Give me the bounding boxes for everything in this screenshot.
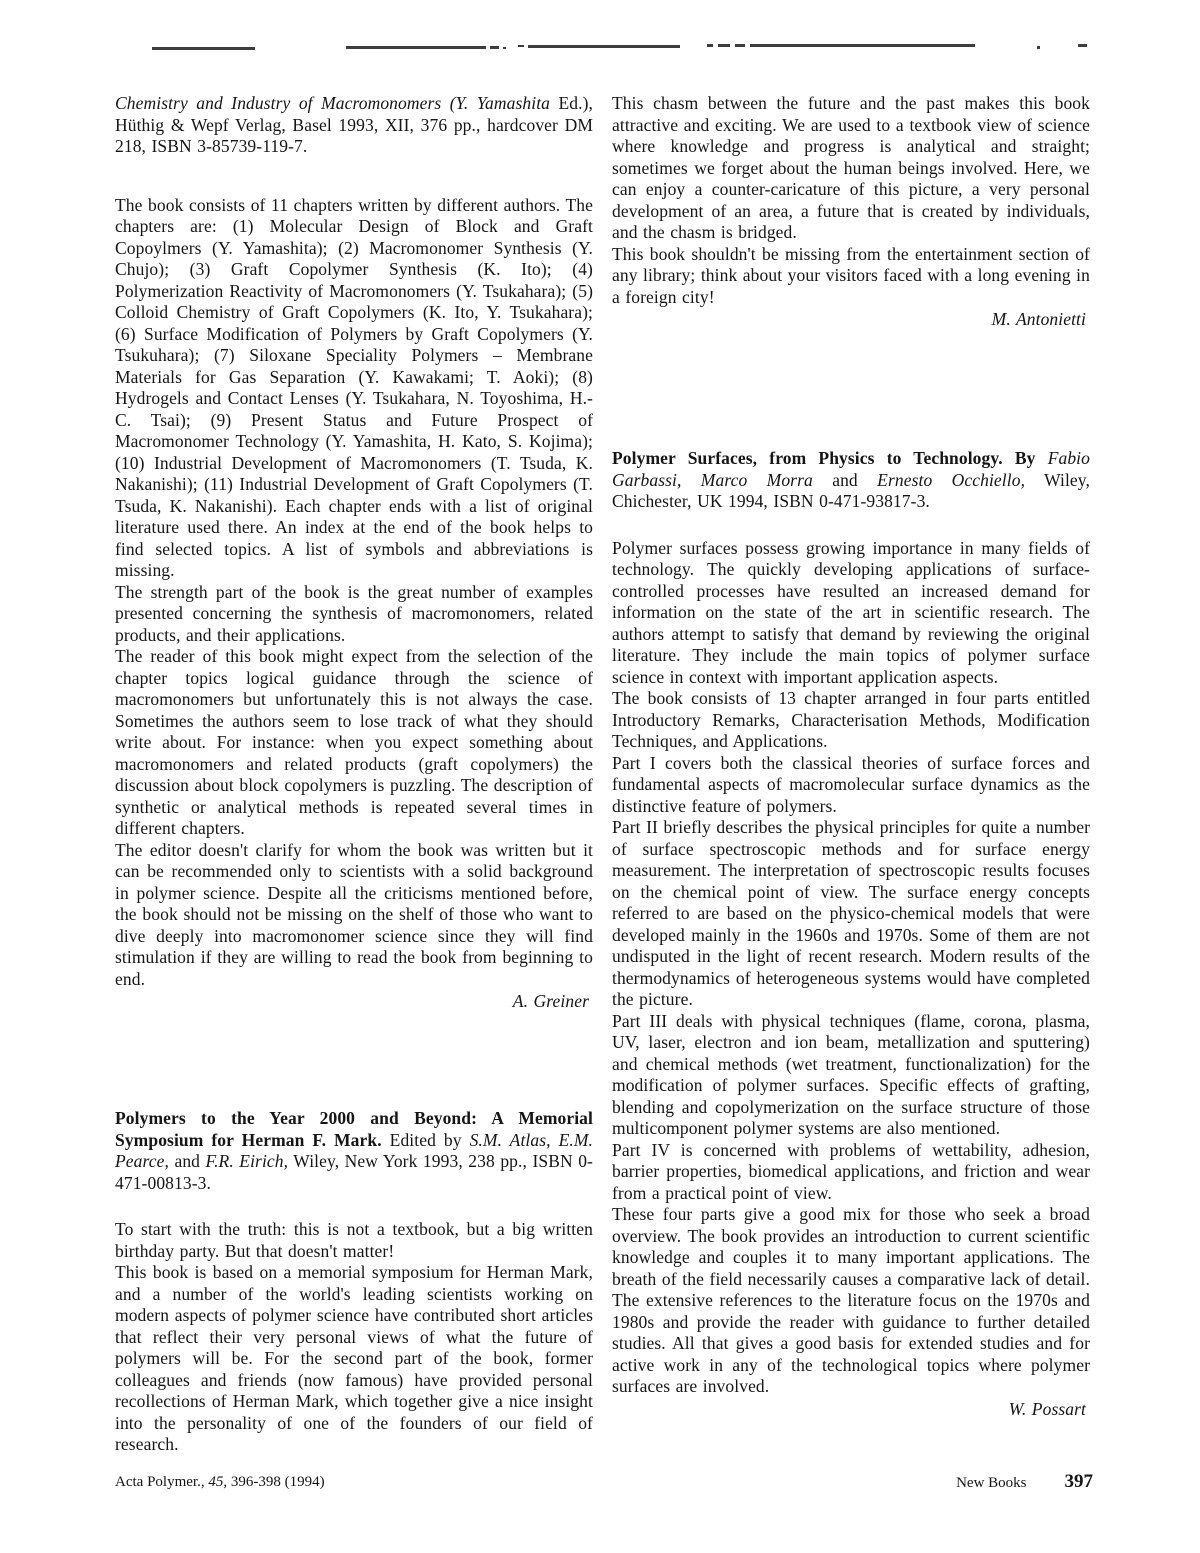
book-authors-2: Ernesto Occhiello, bbox=[877, 470, 1025, 490]
book-reference-3: Polymer Surfaces, from Physics to Techno… bbox=[612, 448, 1090, 513]
scan-artifact-dot bbox=[518, 45, 524, 47]
reviewer-signature: M. Antonietti bbox=[612, 309, 1090, 331]
scan-artifact-dash bbox=[1078, 44, 1087, 47]
by-text: By bbox=[1015, 448, 1036, 468]
scan-artifact-dash bbox=[490, 46, 499, 49]
scan-artifact-line bbox=[152, 47, 255, 50]
book-reference-2: Polymers to the Year 2000 and Beyond: A … bbox=[115, 1108, 593, 1194]
scan-artifact-dot bbox=[503, 47, 506, 49]
scan-artifact-dash bbox=[718, 44, 730, 47]
and-text: and bbox=[832, 470, 858, 490]
journal-volume: 45, bbox=[208, 1474, 227, 1490]
journal-pages: 396-398 (1994) bbox=[231, 1474, 325, 1490]
journal-citation: Acta Polymer., 45, 396-398 (1994) bbox=[115, 1472, 325, 1492]
body-paragraph: Part II briefly describes the physical p… bbox=[612, 817, 1090, 1011]
review1-body: The book consists of 11 chapters written… bbox=[115, 195, 593, 1013]
body-paragraph: The editor doesn't clarify for whom the … bbox=[115, 840, 593, 991]
body-paragraph: This book shouldn't be missing from the … bbox=[612, 244, 1090, 309]
body-paragraph: This chasm between the future and the pa… bbox=[612, 93, 1090, 244]
body-paragraph: To start with the truth: this is not a t… bbox=[115, 1219, 593, 1262]
body-paragraph: This book is based on a memorial symposi… bbox=[115, 1262, 593, 1456]
book-title-1: Chemistry and Industry of Macromonomers … bbox=[115, 93, 550, 113]
review2-continuation-body: This chasm between the future and the pa… bbox=[612, 93, 1090, 331]
journal-name: Acta Polymer., bbox=[115, 1474, 205, 1490]
left-column: Chemistry and Industry of Macromonomers … bbox=[115, 93, 593, 1013]
scan-artifact-dot bbox=[1037, 46, 1040, 49]
body-paragraph: The book consists of 11 chapters written… bbox=[115, 195, 593, 582]
review3-body: Polymer surfaces possess growing importa… bbox=[612, 538, 1090, 1421]
scan-artifact-dash bbox=[735, 44, 745, 47]
footer-right-group: New Books 397 bbox=[956, 1472, 1093, 1493]
body-paragraph: The book consists of 13 chapter arranged… bbox=[612, 688, 1090, 753]
book-title-3: Polymer Surfaces, from Physics to Techno… bbox=[612, 448, 1003, 468]
page-footer: Acta Polymer., 45, 396-398 (1994) New Bo… bbox=[115, 1472, 1093, 1493]
body-paragraph: Polymer surfaces possess growing importa… bbox=[612, 538, 1090, 689]
body-paragraph: The reader of this book might expect fro… bbox=[115, 646, 593, 840]
right-column: This chasm between the future and the pa… bbox=[612, 93, 1090, 331]
body-paragraph: The strength part of the book is the gre… bbox=[115, 582, 593, 647]
review3-block: Polymer Surfaces, from Physics to Techno… bbox=[612, 448, 1090, 1420]
review2-block: Polymers to the Year 2000 and Beyond: A … bbox=[115, 1108, 593, 1456]
and-text: and bbox=[174, 1151, 200, 1171]
reviewer-signature: A. Greiner bbox=[115, 991, 593, 1013]
scan-artifact-dash bbox=[707, 44, 713, 47]
book-editors-2: F.R. Eirich, bbox=[206, 1151, 289, 1171]
section-label: New Books bbox=[956, 1473, 1026, 1493]
body-paragraph: Part I covers both the classical theorie… bbox=[612, 753, 1090, 818]
body-paragraph: Part IV is concerned with problems of we… bbox=[612, 1140, 1090, 1205]
scan-artifact-line bbox=[528, 45, 680, 48]
body-paragraph: These four parts give a good mix for tho… bbox=[612, 1204, 1090, 1398]
journal-page: Chemistry and Industry of Macromonomers … bbox=[0, 0, 1200, 1553]
page-number: 397 bbox=[1065, 1472, 1094, 1492]
body-paragraph: Part III deals with physical techniques … bbox=[612, 1011, 1090, 1140]
scan-artifact-line bbox=[750, 44, 975, 47]
review2-body: To start with the truth: this is not a t… bbox=[115, 1219, 593, 1456]
book-reference-1: Chemistry and Industry of Macromonomers … bbox=[115, 93, 593, 158]
reviewer-signature: W. Possart bbox=[612, 1399, 1090, 1421]
scan-artifact-line bbox=[346, 46, 486, 49]
edited-by-text: Edited by bbox=[390, 1130, 462, 1150]
